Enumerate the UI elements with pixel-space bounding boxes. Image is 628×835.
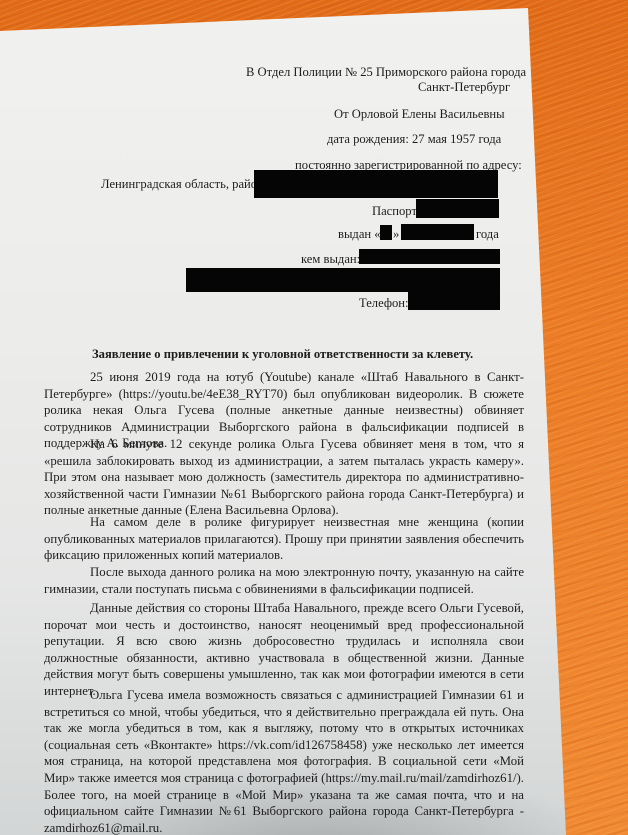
recipient-line-2: Санкт-Петербург (418, 77, 510, 98)
redacted-issued-by (359, 249, 500, 264)
redacted-issue-day (380, 225, 392, 240)
region-label: Ленинградская область, район (101, 174, 264, 195)
paragraph-2: На 6 минуте 12 секунде ролика Ольга Гусе… (44, 436, 524, 519)
paragraph-3: На самом деле в ролике фигурирует неизве… (44, 514, 524, 564)
redacted-passport (416, 199, 499, 218)
sender-name: От Орловой Елены Васильевны (334, 104, 505, 125)
redacted-address (254, 170, 498, 198)
phone-label: Телефон: (359, 293, 409, 314)
paragraph-6: Ольга Гусева имела возможность связаться… (44, 687, 524, 835)
document-title: Заявление о привлечении к уголовной отве… (92, 344, 473, 365)
issued-suffix: года (476, 224, 499, 245)
issued-prefix: выдан « (338, 224, 381, 245)
birth-date: дата рождения: 27 мая 1957 года (327, 129, 501, 150)
paragraph-5: Данные действия со стороны Штаба Навальн… (44, 600, 524, 700)
passport-label: Паспорт (372, 201, 417, 222)
issued-by-label: кем выдан: (301, 249, 360, 270)
redacted-phone (408, 291, 500, 310)
issued-mid: » (393, 224, 399, 245)
redacted-issue-month (401, 224, 474, 240)
document: В Отдел Полиции № 25 Приморского района … (0, 0, 628, 835)
paragraph-4: После выхода данного ролика на мою элект… (44, 564, 524, 597)
redacted-issued-by-continued (186, 268, 500, 292)
